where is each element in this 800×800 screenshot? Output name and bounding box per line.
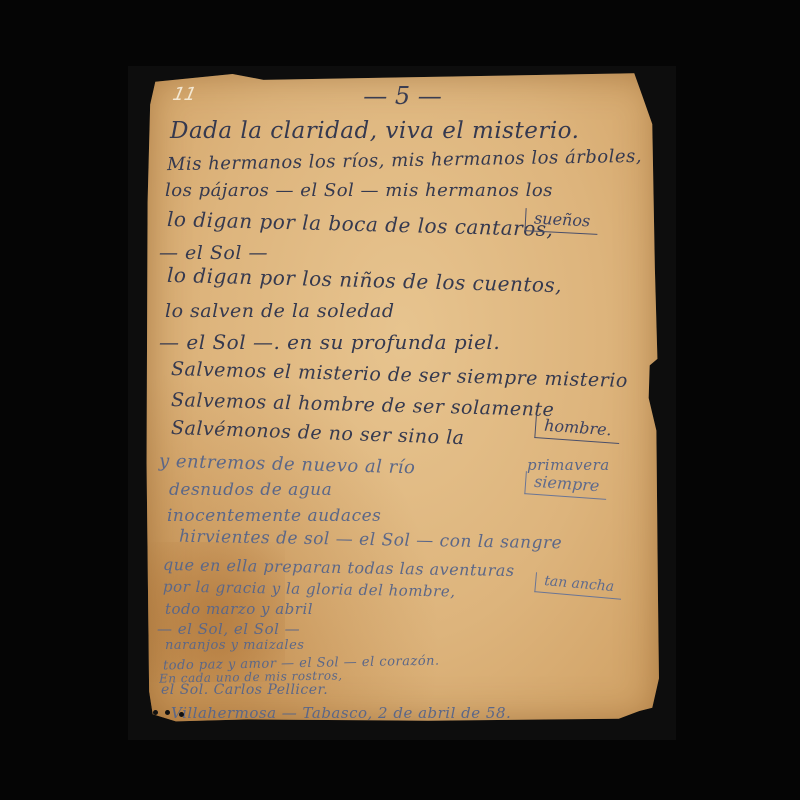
poem-line: Salvemos el misterio de ser siempre mist… [171, 358, 628, 392]
pinhole [179, 712, 184, 717]
poem-line: lo digan por los niños de los cuentos, [167, 263, 563, 297]
poem-line: Dada la claridad, viva el misterio. [170, 118, 579, 144]
signature-line: el Sol. Carlos Pellicer. [161, 682, 328, 698]
poem-line: Salvemos al hombre de ser solamente [171, 389, 555, 421]
poem-line: por la gracia y la gloria del hombre, [163, 577, 456, 600]
poem-line: y entremos de nuevo al río [159, 451, 416, 479]
poem-line: hirvientes de sol — el Sol — con la sang… [179, 527, 562, 554]
poem-line: que en ella preparan todas las aventuras [163, 555, 515, 580]
pinhole [165, 710, 170, 715]
poem-line: — el Sol —. en su profunda piel. [159, 330, 500, 354]
poem-line: desnudos de agua [169, 480, 332, 500]
poem-line: Salvémonos de no ser sino la [171, 417, 465, 449]
poem-text: Dada la claridad, viva el misterio. Mis … [145, 72, 660, 724]
pinhole [153, 710, 158, 715]
margin-note: sueños [524, 208, 598, 235]
poem-line: lo digan por la boca de los cantaros, [167, 207, 554, 241]
manuscript-page: 11 — 5 — Dada la claridad, viva el miste… [145, 72, 660, 724]
poem-line: Mis hermanos los ríos, mis hermanos los … [167, 146, 642, 175]
poem-line: todo marzo y abril [165, 600, 313, 618]
poem-line: lo salven de la soledad [165, 300, 395, 322]
poem-line: — el Sol, el Sol — [157, 620, 300, 638]
poem-line: los pájaros — el Sol — mis hermanos los [165, 180, 553, 201]
poem-line: inocentemente audaces [167, 506, 381, 526]
poem-line: — el Sol — [159, 242, 268, 264]
poem-line: naranjos y maizales [165, 638, 304, 653]
place-date-line: Villahermosa — Tabasco, 2 de abril de 58… [171, 704, 511, 722]
